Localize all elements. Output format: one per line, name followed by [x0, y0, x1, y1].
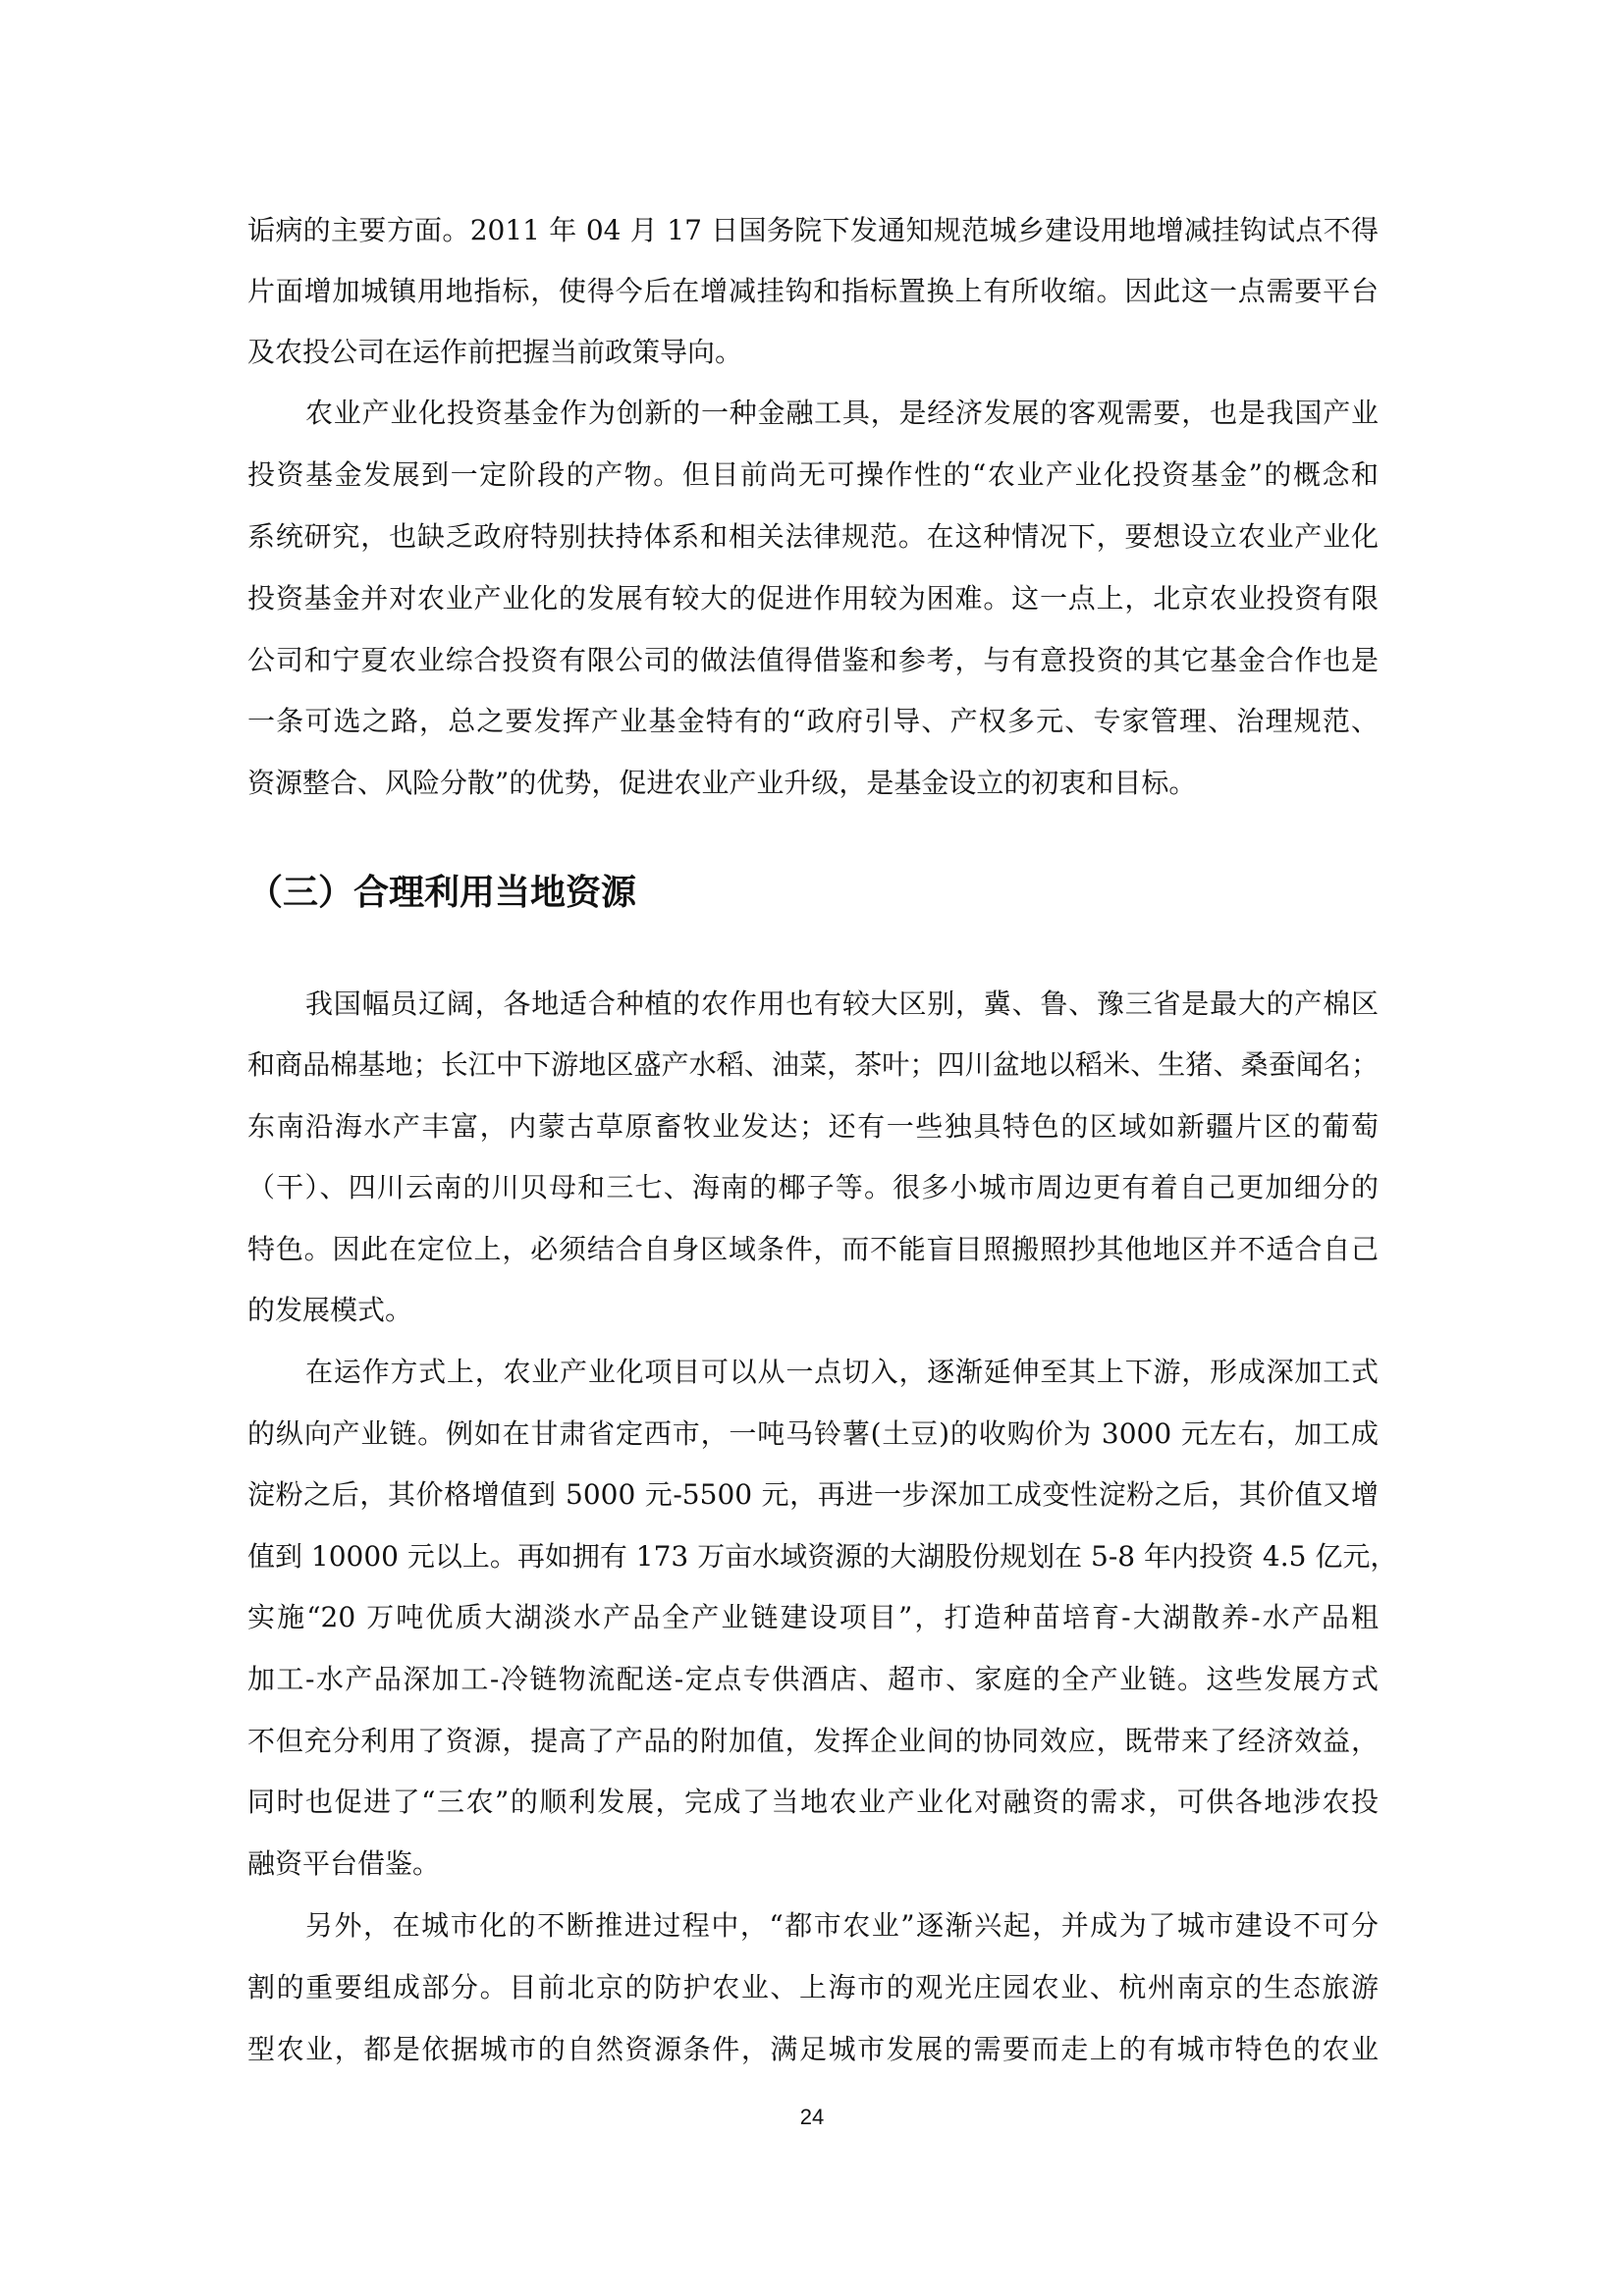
section-heading: （三）合理利用当地资源	[247, 869, 636, 918]
paragraph-2-line-5: 公司和宁夏农业综合投资有限公司的做法值得借鉴和参考，与有意投资的其它基金合作也是	[247, 641, 1379, 680]
paragraph-2-line-3: 系统研究，也缺乏政府特别扶持体系和相关法律规范。在这种情况下，要想设立农业产业化	[247, 517, 1379, 557]
section-paragraph-2-line-5: 实施“20 万吨优质大湖淡水产品全产业链建设项目”，打造种苗培育-大湖散养-水产…	[247, 1598, 1379, 1637]
paragraph-2-line-2: 投资基金发展到一定阶段的产物。但目前尚无可操作性的“农业产业化投资基金”的概念和	[247, 455, 1379, 495]
paragraph-2-line-7: 资源整合、风险分散”的优势，促进农业产业升级，是基金设立的初衷和目标。	[247, 764, 1379, 803]
section-paragraph-3-line-2: 割的重要组成部分。目前北京的防护农业、上海市的观光庄园农业、杭州南京的生态旅游	[247, 1968, 1379, 2007]
section-paragraph-2-line-9: 融资平台借鉴。	[247, 1844, 1379, 1884]
section-paragraph-1-line-5: 特色。因此在定位上，必须结合自身区域条件，而不能盲目照搬照抄其他地区并不适合自己	[247, 1230, 1379, 1269]
paragraph-1-line-2: 片面增加城镇用地指标，使得今后在增减挂钩和指标置换上有所收缩。因此这一点需要平台	[247, 272, 1379, 311]
section-paragraph-2-line-1: 在运作方式上，农业产业化项目可以从一点切入，逐渐延伸至其上下游，形成深加工式	[305, 1353, 1379, 1392]
section-paragraph-1-line-4: （干）、四川云南的川贝母和三七、海南的椰子等。很多小城市周边更有着自己更加细分的	[247, 1168, 1379, 1207]
paragraph-2-line-6: 一条可选之路，总之要发挥产业基金特有的“政府引导、产权多元、专家管理、治理规范、	[247, 702, 1379, 741]
section-paragraph-1-line-1: 我国幅员辽阔，各地适合种植的农作用也有较大区别，冀、鲁、豫三省是最大的产棉区	[305, 985, 1379, 1024]
section-paragraph-3-line-3: 型农业，都是依据城市的自然资源条件，满足城市发展的需要而走上的有城市特色的农业	[247, 2030, 1379, 2069]
section-paragraph-2-line-6: 加工-水产品深加工-冷链物流配送-定点专供酒店、超市、家庭的全产业链。这些发展方…	[247, 1660, 1379, 1699]
section-paragraph-1-line-6: 的发展模式。	[247, 1291, 1379, 1330]
section-paragraph-2-line-4: 值到 10000 元以上。再如拥有 173 万亩水域资源的大湖股份规划在 5-8…	[247, 1537, 1379, 1576]
section-paragraph-2-line-2: 的纵向产业链。例如在甘肃省定西市，一吨马铃薯(土豆)的收购价为 3000 元左右…	[247, 1415, 1379, 1454]
section-paragraph-2-line-8: 同时也促进了“三农”的顺利发展，完成了当地农业产业化对融资的需求，可供各地涉农投	[247, 1783, 1379, 1822]
paragraph-2-line-1: 农业产业化投资基金作为创新的一种金融工具，是经济发展的客观需要，也是我国产业	[305, 394, 1379, 433]
paragraph-1-line-1: 诟病的主要方面。2011 年 04 月 17 日国务院下发通知规范城乡建设用地增…	[247, 211, 1379, 250]
section-paragraph-1-line-3: 东南沿海水产丰富，内蒙古草原畜牧业发达；还有一些独具特色的区域如新疆片区的葡萄	[247, 1107, 1379, 1147]
section-paragraph-1-line-2: 和商品棉基地；长江中下游地区盛产水稻、油菜，茶叶；四川盆地以稻米、生猪、桑蚕闻名…	[247, 1045, 1379, 1085]
section-paragraph-2-line-3: 淀粉之后，其价格增值到 5000 元-5500 元，再进一步深加工成变性淀粉之后…	[247, 1475, 1379, 1515]
paragraph-1-line-3: 及农投公司在运作前把握当前政策导向。	[247, 333, 1379, 372]
section-paragraph-2-line-7: 不但充分利用了资源，提高了产品的附加值，发挥企业间的协同效应，既带来了经济效益，	[247, 1722, 1379, 1761]
section-paragraph-3-line-1: 另外，在城市化的不断推进过程中，“都市农业”逐渐兴起，并成为了城市建设不可分	[305, 1906, 1379, 1946]
document-page: 诟病的主要方面。2011 年 04 月 17 日国务院下发通知规范城乡建设用地增…	[0, 0, 1624, 2296]
paragraph-2-line-4: 投资基金并对农业产业化的发展有较大的促进作用较为困难。这一点上，北京农业投资有限	[247, 579, 1379, 618]
page-number: 24	[0, 2103, 1624, 2132]
